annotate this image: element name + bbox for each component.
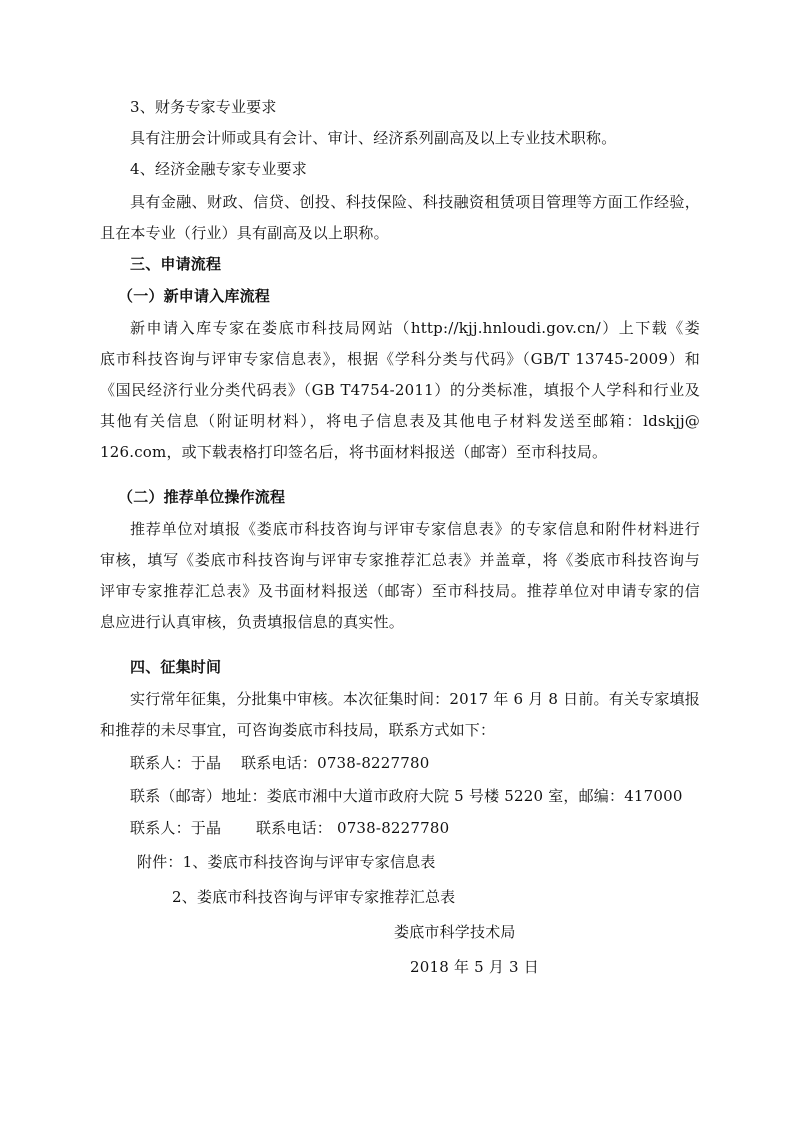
paragraph-recommending-line1: 推荐单位对填报《娄底市科技咨询与评审专家信息表》的专家信息和附件材料进行 — [130, 519, 700, 539]
paragraph-economic-requirement-line2: 且在本专业（行业）具有副高及以上职称。 — [100, 223, 389, 243]
paragraph-collection-line2: 和推荐的未尽事宜，可咨询娄底市科技局，联系方式如下： — [100, 720, 495, 740]
paragraph-new-application-line3: 《国民经济行业分类代码表》（GB T4754-2011）的分类标准，填报个人学科… — [100, 380, 700, 400]
subheading-economic-finance-expert: 4、经济金融专家专业要求 — [130, 159, 307, 179]
subsection-heading-new-application: （一）新申请入库流程 — [118, 286, 270, 306]
signature-issuer: 娄底市科学技术局 — [394, 922, 516, 942]
paragraph-new-application-line4: 其他有关信息（附证明材料），将电子信息表及其他电子材料发送至邮箱：ldskjj@ — [100, 411, 700, 431]
paragraph-economic-requirement-line1: 具有金融、财政、信贷、创投、科技保险、科技融资租赁项目管理等方面工作经验， — [130, 192, 700, 212]
section-heading-application-process: 三、申请流程 — [130, 254, 221, 274]
signature-date: 2018 年 5 月 3 日 — [410, 957, 539, 977]
subheading-finance-expert: 3、财务专家专业要求 — [130, 97, 277, 117]
document-page: 3、财务专家专业要求 具有注册会计师或具有会计、审计、经济系列副高及以上专业技术… — [0, 0, 793, 1122]
paragraph-finance-requirement: 具有注册会计师或具有会计、审计、经济系列副高及以上专业技术职称。 — [130, 128, 616, 148]
paragraph-recommending-line4: 息应进行认真审核，负责填报信息的真实性。 — [100, 612, 404, 632]
contact-line-2: 联系人：于晶 联系电话： 0738-8227780 — [130, 818, 449, 838]
subsection-heading-recommending-unit: （二）推荐单位操作流程 — [118, 487, 285, 507]
attachment-2: 2、娄底市科技咨询与评审专家推荐汇总表 — [172, 887, 455, 907]
paragraph-recommending-line3: 评审专家推荐汇总表》及书面材料报送（邮寄）至市科技局。推荐单位对申请专家的信 — [100, 581, 700, 601]
attachment-1: 附件：1、娄底市科技咨询与评审专家信息表 — [137, 852, 436, 872]
paragraph-new-application-line5: 126.com，或下载表格打印签名后，将书面材料报送（邮寄）至市科技局。 — [100, 442, 607, 462]
paragraph-new-application-line1: 新申请入库专家在娄底市科技局网站（http://kjj.hnloudi.gov.… — [130, 318, 700, 338]
contact-address: 联系（邮寄）地址：娄底市湘中大道市政府大院 5 号楼 5220 室，邮编：417… — [130, 786, 683, 806]
paragraph-collection-line1: 实行常年征集，分批集中审核。本次征集时间：2017 年 6 月 8 日前。有关专… — [130, 689, 700, 709]
contact-line-1: 联系人：于晶 联系电话：0738-8227780 — [130, 753, 430, 773]
section-heading-collection-time: 四、征集时间 — [130, 657, 221, 677]
paragraph-recommending-line2: 审核，填写《娄底市科技咨询与评审专家推荐汇总表》并盖章，将《娄底市科技咨询与 — [100, 550, 700, 570]
paragraph-new-application-line2: 底市科技咨询与评审专家信息表》，根据《学科分类与代码》（GB/T 13745-2… — [100, 349, 700, 369]
